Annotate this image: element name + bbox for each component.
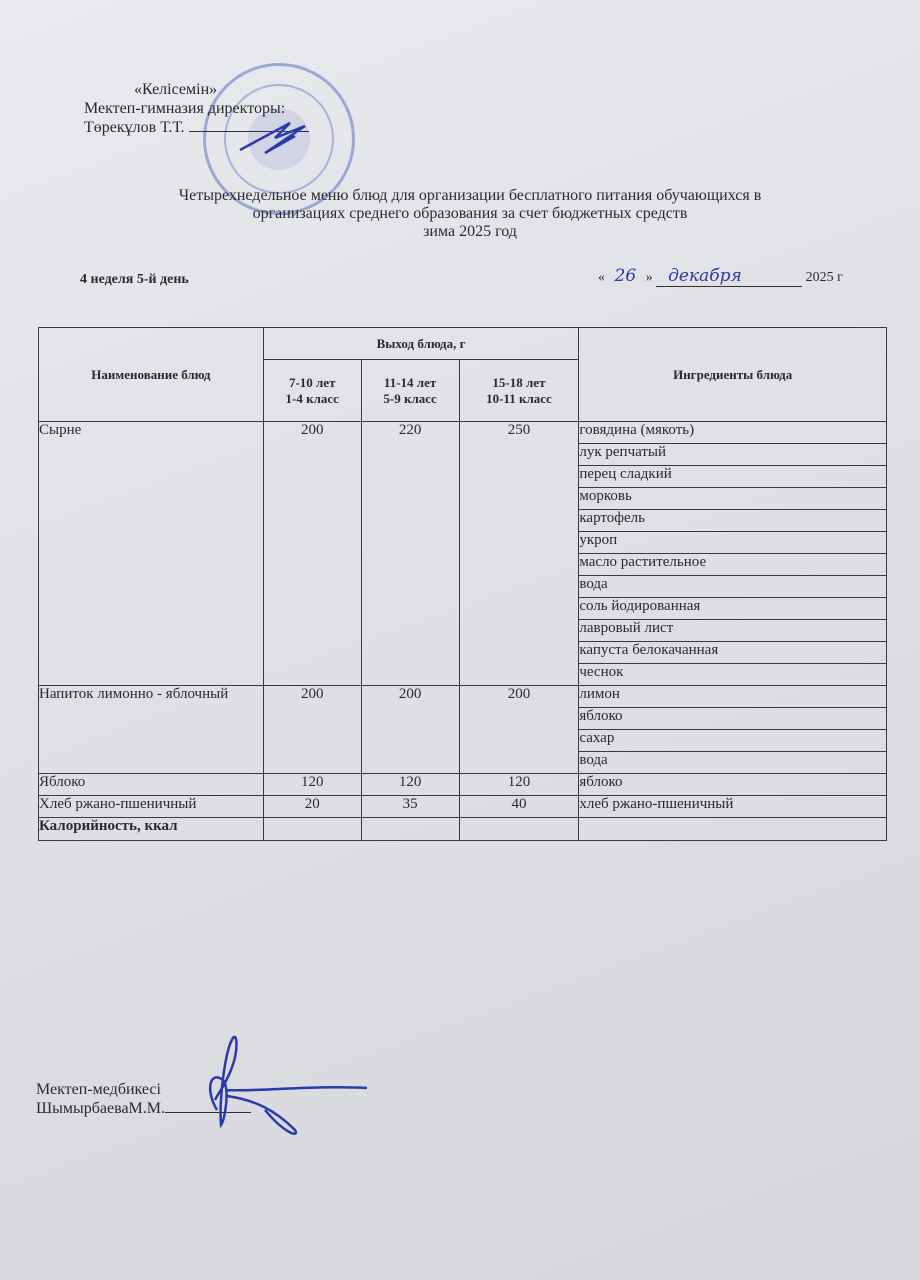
yield-3: 40	[459, 796, 579, 818]
date-day: 26	[615, 266, 637, 286]
ingredient: соль йодированная	[579, 598, 887, 620]
title-line-3: зима 2025 год	[0, 223, 920, 241]
ingredient: яблоко	[579, 708, 887, 730]
dish-name: Хлеб ржано-пшеничный	[39, 796, 264, 818]
header-yield: Выход блюда, г	[263, 328, 579, 360]
ingredient: картофель	[579, 510, 887, 532]
nurse-signature-icon	[195, 1030, 375, 1140]
ingredient: яблоко	[579, 774, 887, 796]
yield-2: 35	[361, 796, 459, 818]
calories-cell	[579, 818, 887, 841]
ingredient: вода	[579, 752, 887, 774]
approval-name: Төрекұлов Т.Т.	[84, 119, 185, 136]
table-row: Яблоко120120120яблоко	[39, 774, 887, 796]
yield-2: 120	[361, 774, 459, 796]
date-year: 2025 г	[806, 270, 843, 285]
header-dish-name: Наименование блюд	[39, 328, 264, 422]
ingredient: сахар	[579, 730, 887, 752]
header-age-2: 11-14 лет5-9 класс	[361, 360, 459, 422]
dish-name: Напиток лимонно - яблочный	[39, 686, 264, 774]
document-date: « 26 » декабря 2025 г	[598, 266, 843, 287]
ingredient: морковь	[579, 488, 887, 510]
approval-heading: «Келісемін»	[84, 80, 309, 99]
ingredient: лук репчатый	[579, 444, 887, 466]
date-quote-open: «	[598, 270, 605, 285]
yield-1: 200	[263, 686, 361, 774]
director-signature-icon	[235, 118, 315, 158]
title-line-1: Четырехнедельное меню блюд для организац…	[0, 187, 920, 205]
yield-3: 200	[459, 686, 579, 774]
yield-1: 200	[263, 422, 361, 686]
yield-3: 120	[459, 774, 579, 796]
menu-table: Наименование блюд Выход блюда, г Ингреди…	[38, 327, 887, 841]
ingredient: перец сладкий	[579, 466, 887, 488]
ingredient: говядина (мякоть)	[579, 422, 887, 444]
calories-cell	[459, 818, 579, 841]
yield-2: 220	[361, 422, 459, 686]
nurse-name: ШымырбаеваМ.М.	[36, 1100, 165, 1117]
yield-2: 200	[361, 686, 459, 774]
ingredient: лимон	[579, 686, 887, 708]
calories-row: Калорийность, ккал	[39, 818, 887, 841]
dish-name: Яблоко	[39, 774, 264, 796]
header-age-3: 15-18 лет10-11 класс	[459, 360, 579, 422]
dish-name: Сырне	[39, 422, 264, 686]
ingredient: лавровый лист	[579, 620, 887, 642]
document-title: Четырехнедельное меню блюд для организац…	[0, 187, 920, 241]
calories-cell	[263, 818, 361, 841]
ingredient: чеснок	[579, 664, 887, 686]
table-row: Сырне200220250говядина (мякоть)	[39, 422, 887, 444]
yield-3: 250	[459, 422, 579, 686]
ingredient: капуста белокачанная	[579, 642, 887, 664]
table-row: Напиток лимонно - яблочный200200200лимон	[39, 686, 887, 708]
date-quote-close: »	[646, 270, 653, 285]
ingredient: укроп	[579, 532, 887, 554]
approval-position: Мектеп-гимназия директоры:	[84, 99, 309, 118]
week-day-label: 4 неделя 5-й день	[80, 272, 189, 288]
header-age-1: 7-10 лет1-4 класс	[263, 360, 361, 422]
ingredient: вода	[579, 576, 887, 598]
ingredient: хлеб ржано-пшеничный	[579, 796, 887, 818]
date-month: декабря	[656, 266, 802, 287]
header-ingredients: Ингредиенты блюда	[579, 328, 887, 422]
title-line-2: организациях среднего образования за сче…	[0, 205, 920, 223]
yield-1: 120	[263, 774, 361, 796]
ingredient: масло растительное	[579, 554, 887, 576]
yield-1: 20	[263, 796, 361, 818]
calories-cell	[361, 818, 459, 841]
table-row: Хлеб ржано-пшеничный203540хлеб ржано-пше…	[39, 796, 887, 818]
calories-label: Калорийность, ккал	[39, 818, 264, 841]
